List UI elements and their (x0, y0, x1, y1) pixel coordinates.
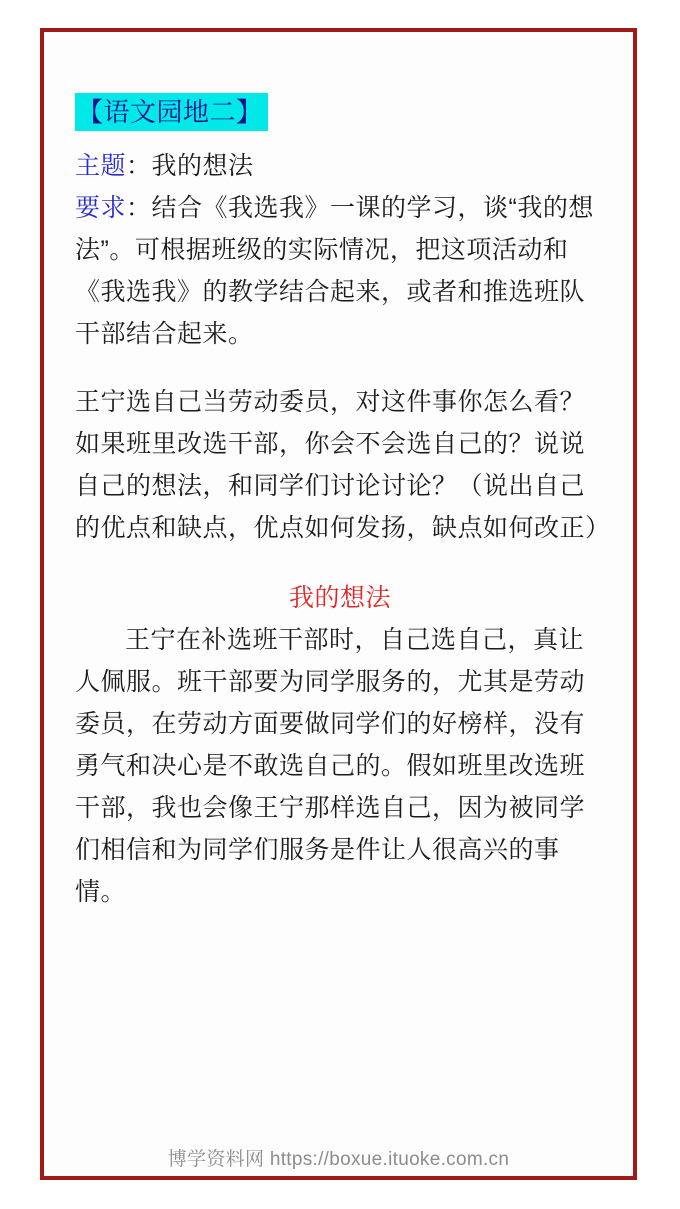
prompt-paragraph: 王宁选自己当劳动委员，对这件事你怎么看？如果班里改选干部，你会不会选自己的？说说… (75, 381, 605, 549)
page-border-frame: 【语文园地二】 主题：我的想法 要求：结合《我选我》一课的学习，谈“我的想法”。… (40, 28, 637, 1180)
requirement-paragraph: 要求：结合《我选我》一课的学习，谈“我的想法”。可根据班级的实际情况，把这项活动… (75, 187, 605, 355)
document-page: 【语文园地二】 主题：我的想法 要求：结合《我选我》一课的学习，谈“我的想法”。… (0, 0, 680, 1209)
section-header-row: 【语文园地二】 (75, 92, 605, 134)
topic-label: 主题 (75, 152, 126, 180)
section-title-highlight: 【语文园地二】 (75, 93, 268, 131)
requirement-value: ：结合《我选我》一课的学习，谈“我的想法”。可根据班级的实际情况，把这项活动和《… (75, 194, 594, 348)
document-content: 【语文园地二】 主题：我的想法 要求：结合《我选我》一课的学习，谈“我的想法”。… (44, 32, 633, 913)
topic-value: ：我的想法 (126, 152, 254, 180)
requirement-label: 要求 (75, 194, 126, 222)
topic-line: 主题：我的想法 (75, 145, 605, 187)
essay-body: 王宁在补选班干部时，自己选自己，真让人佩服。班干部要为同学服务的，尤其是劳动委员… (75, 619, 605, 913)
footer-site-credit: 博学资料网 https://boxue.ituoke.com.cn (44, 1148, 633, 1172)
essay-title: 我的想法 (75, 577, 605, 619)
